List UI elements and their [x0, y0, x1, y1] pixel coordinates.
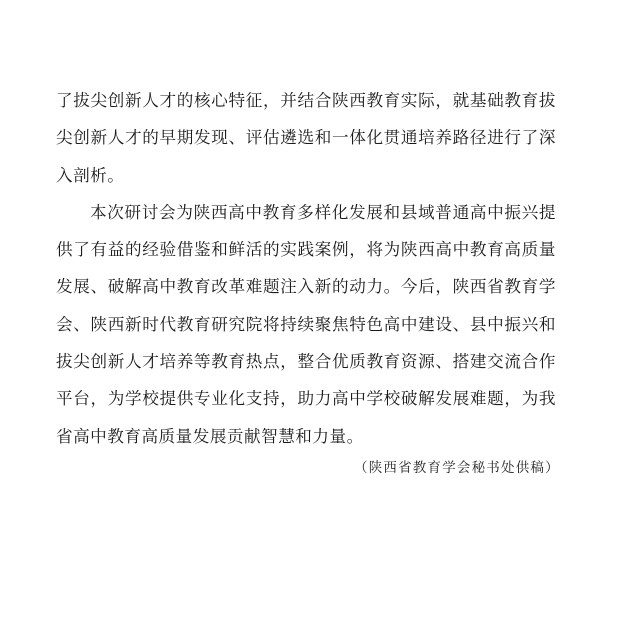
paragraph-continuation: 了拔尖创新人才的核心特征，并结合陕西教育实际，就基础教育拔尖创新人才的早期发现、…: [56, 82, 556, 194]
paragraph-conclusion: 本次研讨会为陕西高中教育多样化发展和县域普通高中振兴提供了有益的经验借鉴和鲜活的…: [56, 194, 556, 455]
document-body: 了拔尖创新人才的核心特征，并结合陕西教育实际，就基础教育拔尖创新人才的早期发现、…: [56, 82, 556, 455]
source-attribution: （陕西省教育学会秘书处供稿）: [354, 456, 560, 476]
